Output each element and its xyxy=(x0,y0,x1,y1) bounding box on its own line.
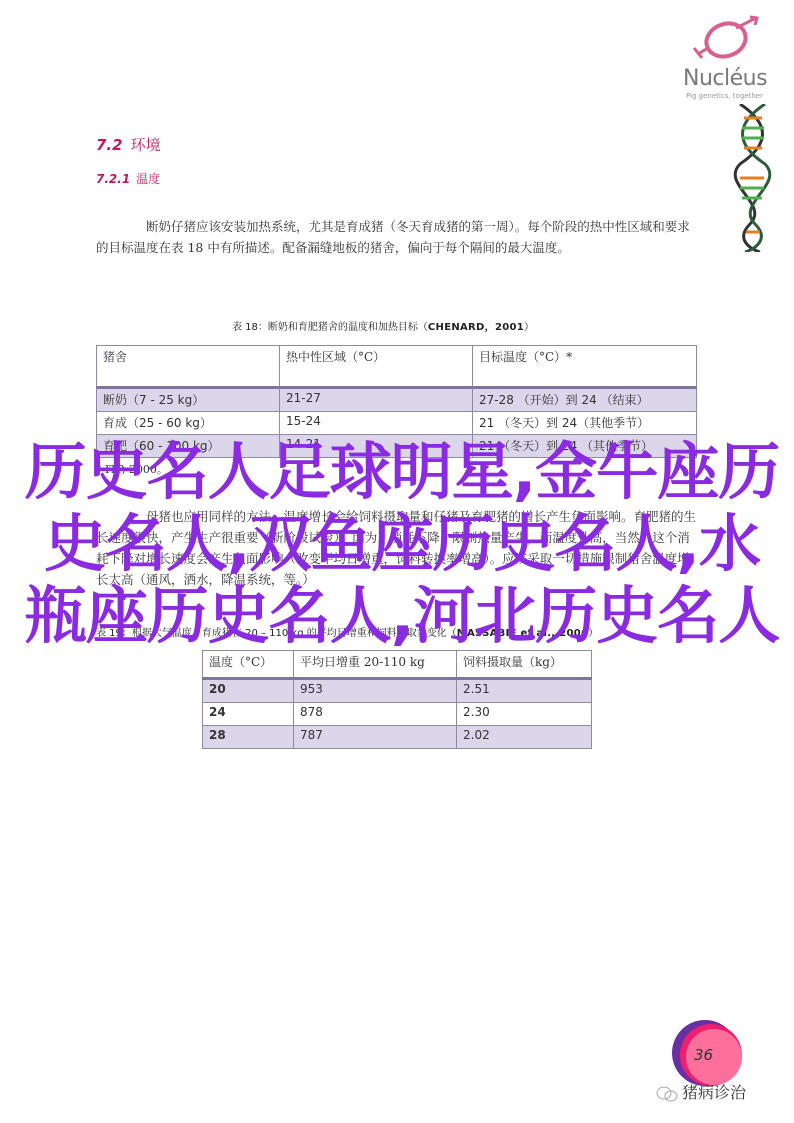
subsection-heading: 7.2.1温度 xyxy=(96,170,160,187)
section-number: 7.2 xyxy=(96,136,123,154)
caption-suffix: ） xyxy=(524,322,534,333)
section-title: 环境 xyxy=(131,136,161,154)
paragraph-heating: 断奶仔猪应该安装加热系统，尤其是育成猪（冬天育成猪的第一周）。每个阶段的热中性区… xyxy=(96,216,700,258)
table-row: 28 787 2.02 xyxy=(203,726,592,749)
gender-symbol-icon xyxy=(692,14,762,62)
table-header: 平均日增重 20-110 kg xyxy=(294,651,457,679)
table-cell: 2.30 xyxy=(457,703,592,726)
table-header: 温度（°C） xyxy=(203,651,294,679)
table-header: 热中性区域（°C） xyxy=(280,346,473,388)
table-cell: 21-27 xyxy=(280,388,473,412)
table-cell: 787 xyxy=(294,726,457,749)
nucleus-logo: Nucléus Pig genetics, together xyxy=(678,14,778,96)
overlay-headline: 历史名人足球明星,金牛座历史名人,双鱼座历史名人,水瓶座历史名人,河北历史名人 xyxy=(22,436,782,652)
table-row: 20 953 2.51 xyxy=(203,679,592,703)
page-number: 36 xyxy=(694,1046,713,1064)
table-header: 饲料摄取量（kg） xyxy=(457,651,592,679)
logo-name: Nucléus xyxy=(683,66,767,91)
table-header: 目标温度（°C）* xyxy=(473,346,697,388)
table-cell: 27-28 （开始）到 24 （结束） xyxy=(473,388,697,412)
table-cell: 21 （冬天）到 24（其他季节） xyxy=(473,412,697,435)
table-18-caption: 表 18：断奶和育肥猪舍的温度和加热目标（CHENARD，2001） xyxy=(232,318,534,333)
table-cell: 24 xyxy=(203,703,294,726)
dna-helix-icon xyxy=(730,104,780,252)
table-cell: 20 xyxy=(203,679,294,703)
section-heading: 7.2环境 xyxy=(96,134,161,155)
table-cell: 2.51 xyxy=(457,679,592,703)
watermark-text: 猪病诊治 xyxy=(682,1083,746,1102)
table-19: 温度（°C） 平均日增重 20-110 kg 饲料摄取量（kg） 20 953 … xyxy=(202,650,592,749)
wechat-icon xyxy=(656,1086,678,1102)
table-cell: 28 xyxy=(203,726,294,749)
watermark: 猪病诊治 xyxy=(656,1080,746,1103)
caption-prefix: 表 18： xyxy=(232,322,268,333)
table-cell: 育成（25 - 60 kg） xyxy=(97,412,280,435)
logo-tagline: Pig genetics, together xyxy=(686,92,763,100)
table-cell: 878 xyxy=(294,703,457,726)
caption-text: 断奶和育肥猪舍的温度和加热目标（ xyxy=(268,322,428,333)
table-cell: 断奶（7 - 25 kg） xyxy=(97,388,280,412)
table-cell: 953 xyxy=(294,679,457,703)
caption-source: CHENARD，2001 xyxy=(428,322,524,333)
table-header: 猪舍 xyxy=(97,346,280,388)
table-cell: 15-24 xyxy=(280,412,473,435)
subsection-number: 7.2.1 xyxy=(96,172,130,186)
subsection-title: 温度 xyxy=(136,172,160,186)
table-row: 24 878 2.30 xyxy=(203,703,592,726)
table-cell: 2.02 xyxy=(457,726,592,749)
table-row: 育成（25 - 60 kg） 15-24 21 （冬天）到 24（其他季节） xyxy=(97,412,697,435)
table-row: 断奶（7 - 25 kg） 21-27 27-28 （开始）到 24 （结束） xyxy=(97,388,697,412)
